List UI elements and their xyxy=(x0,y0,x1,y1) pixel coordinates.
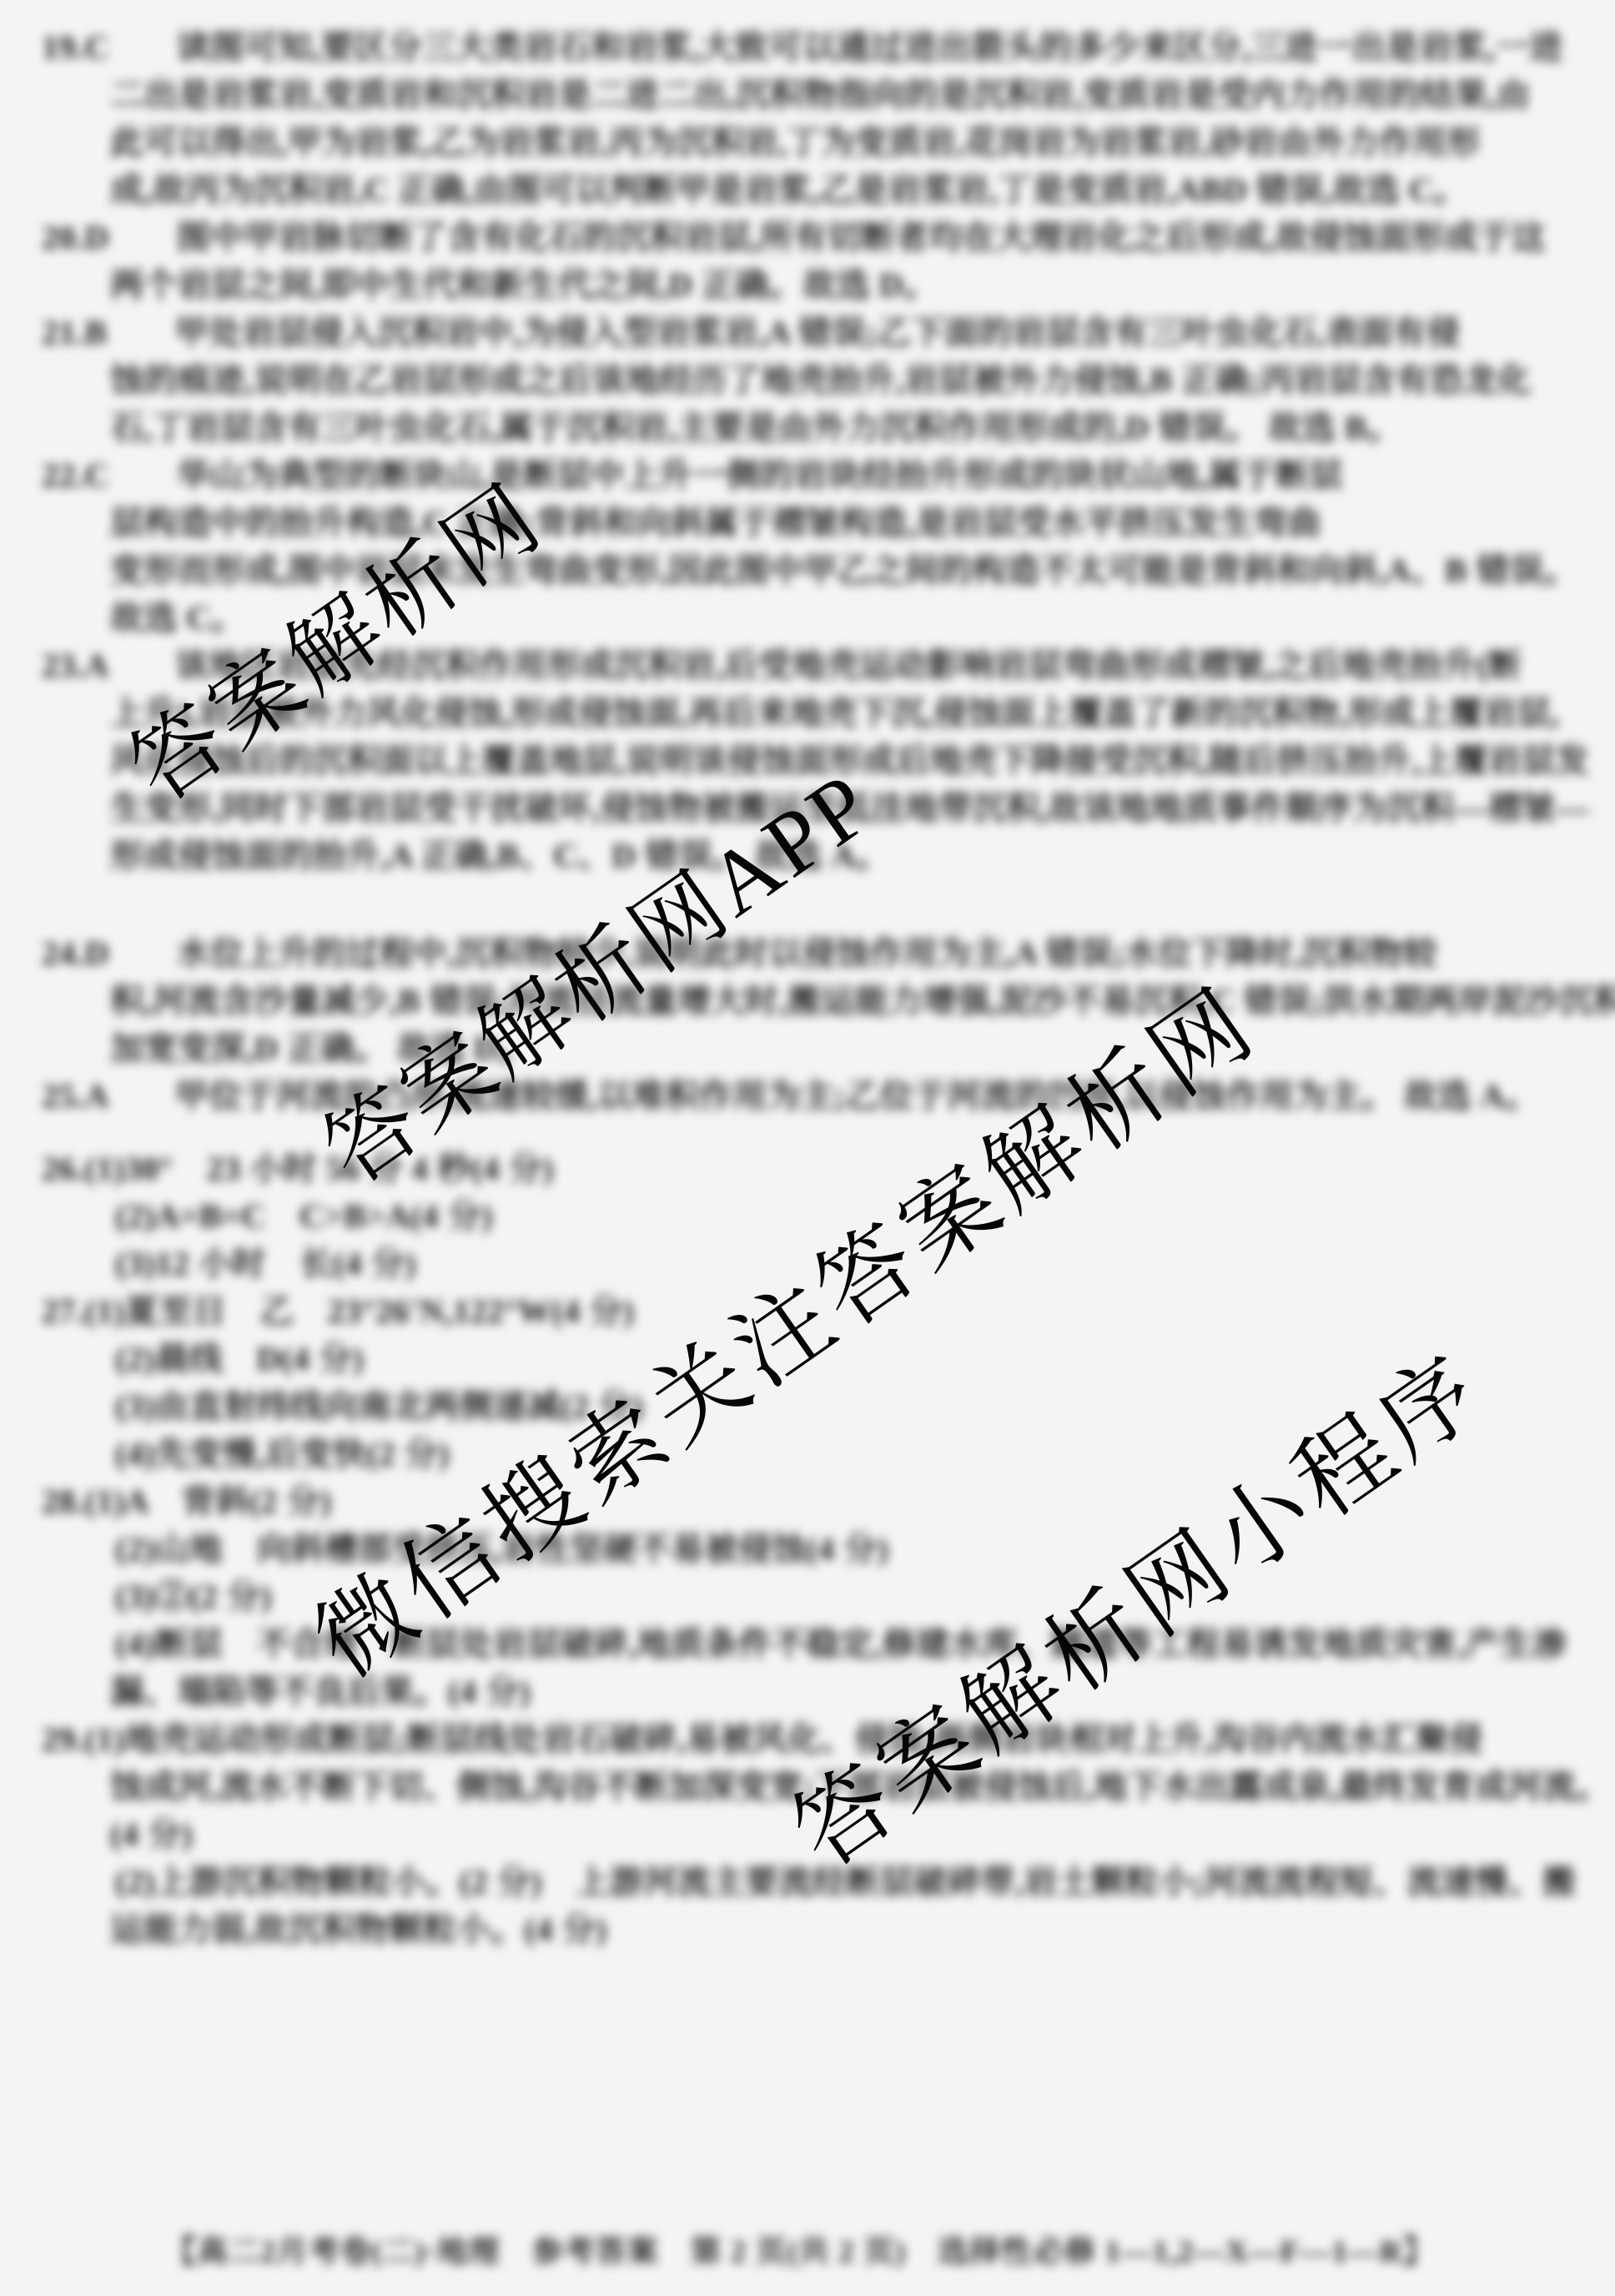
answer-line: 运能力弱,故沉积物颗粒小。(4 分) xyxy=(42,1906,1552,1953)
answer-item-22: 22.C 华山为典型的断块山,是断层中上升一侧的岩块经抬升形成的块状山地,属于断… xyxy=(42,451,1552,499)
answer-item-28-3: (3)②(2 分) xyxy=(42,1573,1552,1620)
answer-item-29-2: (2)上游沉积物颗粒小。(2 分) 上游河流主要流经断层破碎带,岩土颗粒小;河流… xyxy=(42,1858,1552,1906)
answer-text-block: 19.C 读图可知,要区分三大类岩石和岩浆,大致可以通过进出箭头的多少来区分,三… xyxy=(42,23,1552,1953)
answer-item-28-4: (4)断层 不合理 断层处岩层破碎,地质条件不稳定,修建水库、隧道等工程易诱发地… xyxy=(42,1620,1552,1668)
scanned-answer-sheet-page: 19.C 读图可知,要区分三大类岩石和岩浆,大致可以通过进出箭头的多少来区分,三… xyxy=(0,0,1615,2296)
answer-line: 两个岩层之间,即中生代和新生代之间,D 正确。故选 D。 xyxy=(42,261,1552,309)
answer-line: 成,故丙为沉积岩,C 正确,由图可以判断甲是岩浆,乙是岩浆岩,丁是变质岩,ABD… xyxy=(42,166,1552,214)
answer-item-21: 21.B 甲处岩层侵入沉积岩中,为侵入型岩浆岩,A 错误;乙下面的岩层含有三叶虫… xyxy=(42,309,1552,356)
answer-line-short: 加宽变深,D 正确。 故选 D。 xyxy=(42,1025,1552,1072)
answer-line: 层构造中的抬升构造,C 正确;背斜和向斜属于褶皱构造,是岩层受水平挤压发生弯曲 xyxy=(42,499,1552,546)
answer-line: 变形而形成,图中岩层未发生弯曲变形,因此图中甲乙之间的构造不太可能是背斜和向斜,… xyxy=(42,546,1552,594)
answer-item-29-1: 29.(1)地壳运动形成断层;断层线处岩石破碎,易被风化、侵蚀;两侧岩块相对上升… xyxy=(42,1715,1552,1763)
answer-item-24: 24.D 水位上升的过程中,沉积物较少,说明此时以侵蚀作用为主,A 错误;水位下… xyxy=(42,929,1552,977)
answer-item-19: 19.C 读图可知,要区分三大类岩石和岩浆,大致可以通过进出箭头的多少来区分,三… xyxy=(42,23,1552,71)
answer-item-20: 20.D 图中甲岩脉切断了含有化石的沉积岩层,所有切断者均在大理岩化之后形成,故… xyxy=(42,214,1552,261)
answer-item-25: 25.A 甲位于河流的凸岸,流速较缓,以堆积作用为主;乙位于河流的凹岸,以侵蚀作… xyxy=(42,1072,1552,1120)
answer-line: 此可以得出,甲为岩浆,乙为岩浆岩,丙为沉积岩,丁为变质岩,花岗岩为岩浆岩,砂岩由… xyxy=(42,118,1552,166)
answer-line: 漏、塌陷等不良后果。(4 分) xyxy=(42,1668,1552,1715)
answer-line: 石,丁岩层含有三叶虫化石,属于沉积岩,主要是由外力沉积作用形成的,D 错误。 故… xyxy=(42,404,1552,451)
blurred-scan-layer: 19.C 读图可知,要区分三大类岩石和岩浆,大致可以通过进出箭头的多少来区分,三… xyxy=(0,0,1615,2296)
page-footer: 【高二2月考卷(二)·地理 参考答案 第 2 页(共 2 页) 选择性必修 1—… xyxy=(165,2226,1435,2271)
answer-item-26-2: (2)A=B=C C>B>A(4 分) xyxy=(42,1192,1552,1240)
answer-line: 积,河流含沙量减少,B 错误;河流径流量增大时,搬运能力增强,泥沙不易沉积,C … xyxy=(42,977,1552,1025)
answer-item-26-1: 26.(1)30° 23 小时 56 分 4 秒(4 分) xyxy=(42,1145,1552,1192)
answer-line: 二出是岩浆岩,变质岩和沉积岩是二进二出,沉积物指向的是沉积岩,变质岩是受内力作用… xyxy=(42,71,1552,118)
answer-line: 蚀的痕迹,说明在乙岩层形成之后该地经历了地壳抬升,岩层被外力侵蚀,B 正确;丙岩… xyxy=(42,356,1552,404)
